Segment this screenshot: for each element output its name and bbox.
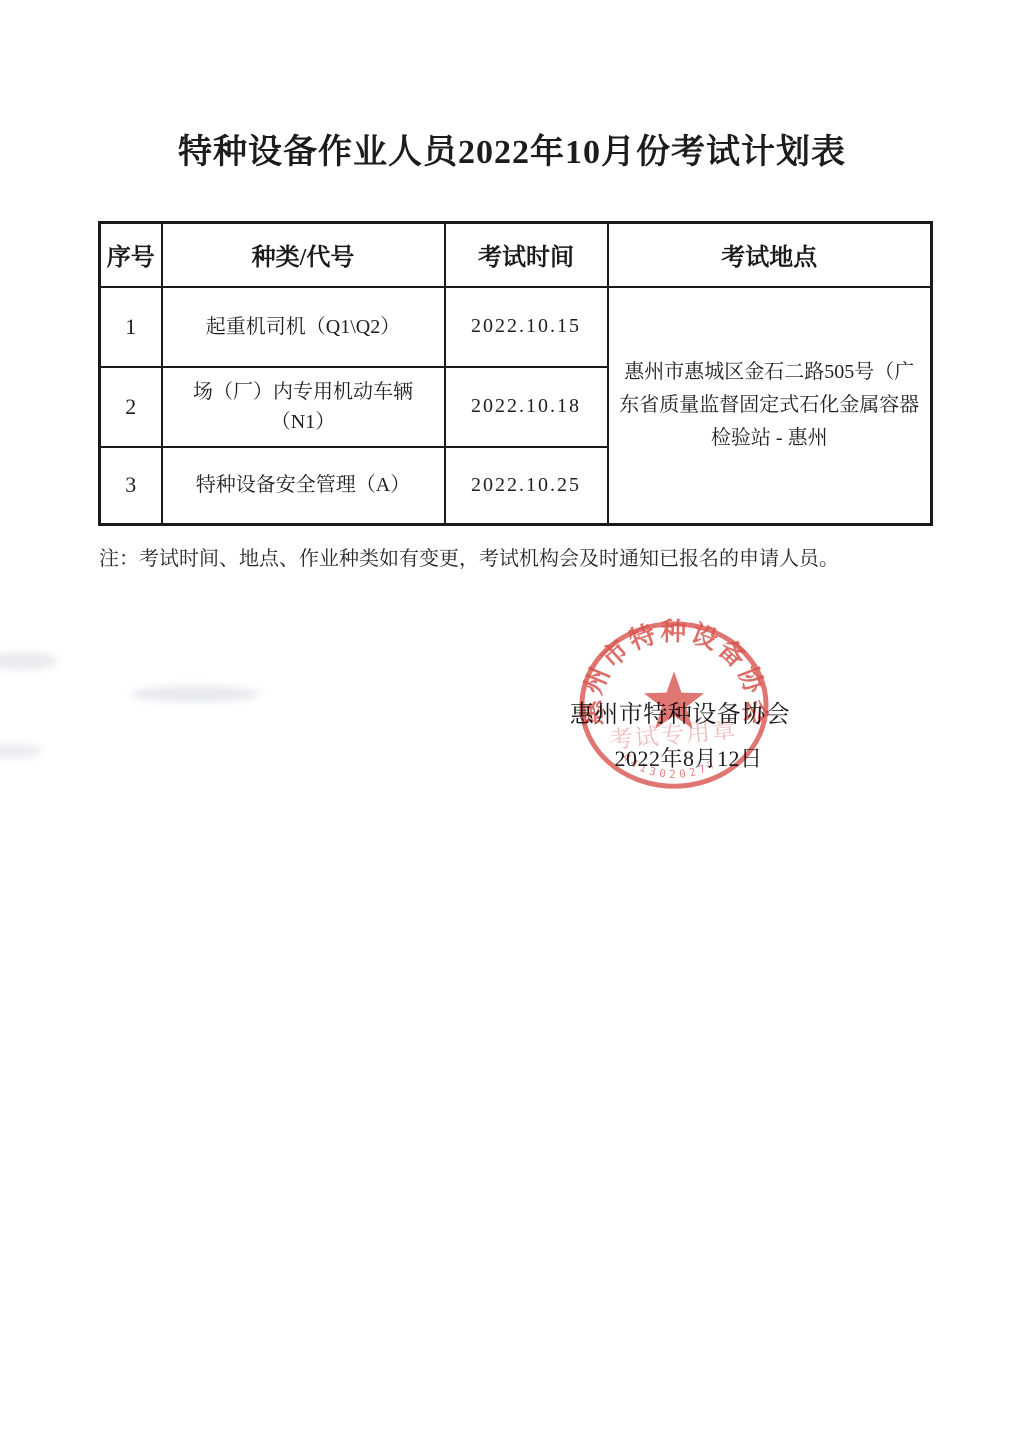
cell-seq: 2 — [100, 367, 162, 447]
scan-smudge — [0, 744, 42, 758]
header-location: 考试地点 — [608, 223, 932, 287]
signature-date: 2022年8月12日 — [601, 742, 776, 773]
header-seq: 序号 — [100, 223, 162, 287]
scan-smudge — [130, 686, 260, 702]
cell-category: 场（厂）内专用机动车辆 （N1） — [162, 367, 445, 447]
cell-time: 2022.10.15 — [445, 287, 608, 367]
cell-location: 惠州市惠城区金石二路505号（广东省质量监督固定式石化金属容器检验站 - 惠州 — [608, 287, 932, 525]
header-category: 种类/代号 — [162, 223, 445, 287]
signature-org: 惠州市特种设备协会 — [566, 694, 794, 729]
page-title: 特种设备作业人员2022年10月份考试计划表 — [0, 124, 1024, 173]
cell-seq: 3 — [100, 447, 162, 525]
cell-time: 2022.10.18 — [445, 367, 608, 447]
table-header-row: 序号 种类/代号 考试时间 考试地点 — [100, 223, 932, 287]
note-text: 注：考试时间、地点、作业种类如有变更，考试机构会及时通知已报名的申请人员。 — [99, 545, 925, 574]
exam-schedule-table: 序号 种类/代号 考试时间 考试地点 1 起重机司机（Q1\Q2） 2022.1… — [98, 221, 933, 526]
table-row: 1 起重机司机（Q1\Q2） 2022.10.15 惠州市惠城区金石二路505号… — [100, 287, 932, 367]
document-page: 特种设备作业人员2022年10月份考试计划表 序号 种类/代号 考试时间 考试地… — [0, 0, 1024, 1441]
scan-smudge — [0, 652, 58, 670]
cell-category: 起重机司机（Q1\Q2） — [162, 287, 445, 367]
cell-time: 2022.10.25 — [445, 447, 608, 525]
header-time: 考试时间 — [445, 223, 608, 287]
cell-seq: 1 — [100, 287, 162, 367]
cell-category: 特种设备安全管理（A） — [162, 447, 445, 525]
